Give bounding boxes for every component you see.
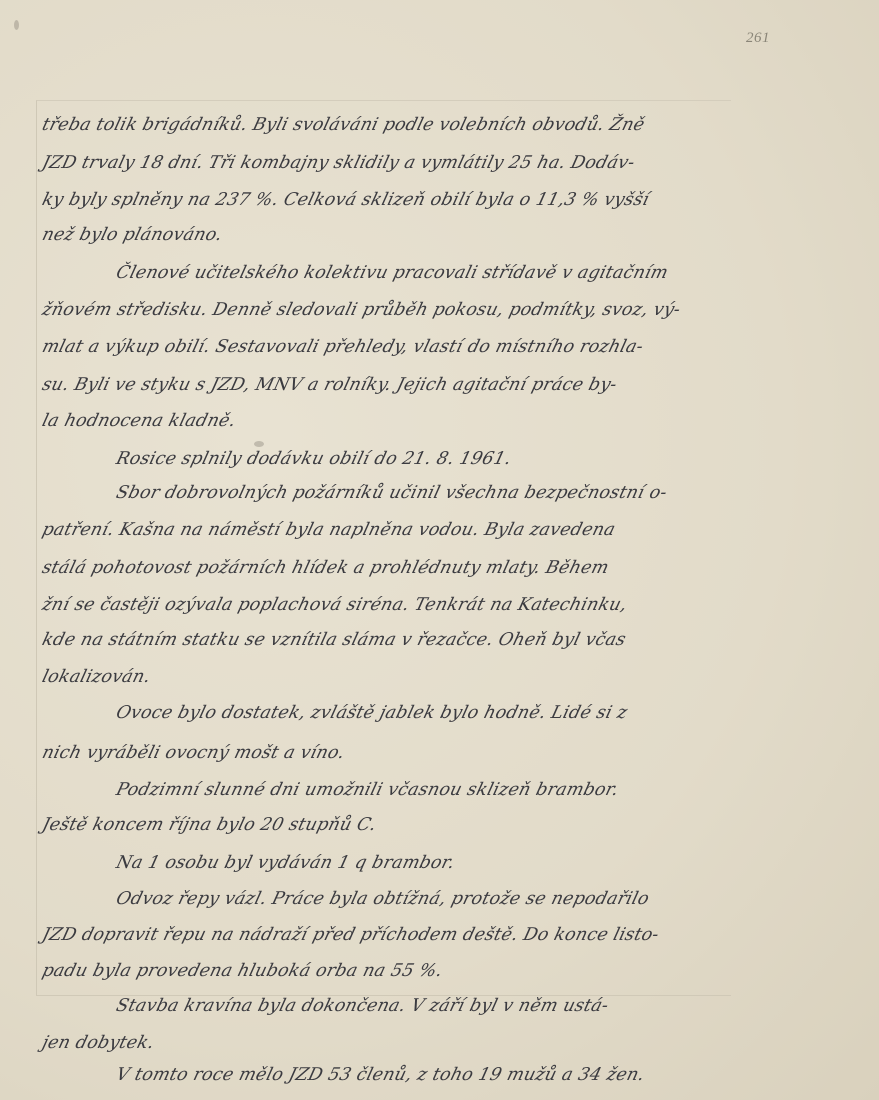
text-line: su. Byli ve styku s JZD, MNV a rolníky. …: [40, 375, 619, 395]
text-line: Ještě koncem října bylo 20 stupňů C.: [40, 815, 378, 835]
paragraph-start-line: Odvoz řepy vázl. Práce byla obtížná, pro…: [114, 889, 651, 909]
text-line: stálá pohotovost požárních hlídek a proh…: [40, 558, 611, 578]
paragraph-start-line: Na 1 osobu byl vydáván 1 q brambor.: [114, 853, 457, 873]
paragraph-start-line: Členové učitelského kolektivu pracovali …: [114, 263, 670, 283]
text-line: mlat a výkup obilí. Sestavovali přehledy…: [40, 337, 645, 357]
ink-smudge: [254, 441, 264, 447]
paragraph-start-line: Rosice splnily dodávku obilí do 21. 8. 1…: [114, 449, 513, 469]
ink-smudge: [14, 20, 19, 30]
text-line: JZD trvaly 18 dní. Tři kombajny sklidily…: [40, 153, 637, 173]
text-line: lokalizován.: [40, 667, 153, 687]
paragraph-start-line: Ovoce bylo dostatek, zvláště jablek bylo…: [114, 703, 629, 723]
text-line: patření. Kašna na náměstí byla naplněna …: [40, 520, 617, 540]
chronicle-page: 261 třeba tolik brigádníků. Byli svolává…: [0, 0, 879, 1100]
text-line: padu byla provedena hluboká orba na 55 %…: [40, 961, 445, 981]
text-line: třeba tolik brigádníků. Byli svoláváni p…: [40, 115, 647, 135]
text-line: žňovém středisku. Denně sledovali průběh…: [40, 300, 683, 320]
paragraph-start-line: Sbor dobrovolných požárníků učinil všech…: [114, 483, 669, 503]
page-number: 261: [746, 30, 770, 47]
text-line: než bylo plánováno.: [40, 225, 224, 245]
text-line: la hodnocena kladně.: [40, 411, 238, 431]
paragraph-start-line: Podzimní slunné dni umožnili včasnou skl…: [114, 780, 621, 800]
text-line: nich vyráběli ovocný mošt a víno.: [40, 743, 347, 763]
text-line: JZD dopravit řepu na nádraží před přícho…: [40, 925, 661, 945]
text-line: kde na státním statku se vznítila sláma …: [40, 630, 628, 650]
text-line: ky byly splněny na 237 %. Celková sklize…: [40, 190, 651, 210]
text-line: žní se častěji ozývala poplachová siréna…: [40, 595, 629, 615]
text-line: jen dobytek.: [40, 1033, 156, 1053]
paragraph-start-line: Stavba kravína byla dokončena. V září by…: [114, 996, 611, 1016]
paragraph-start-line: V tomto roce mělo JZD 53 členů, z toho 1…: [114, 1065, 647, 1085]
